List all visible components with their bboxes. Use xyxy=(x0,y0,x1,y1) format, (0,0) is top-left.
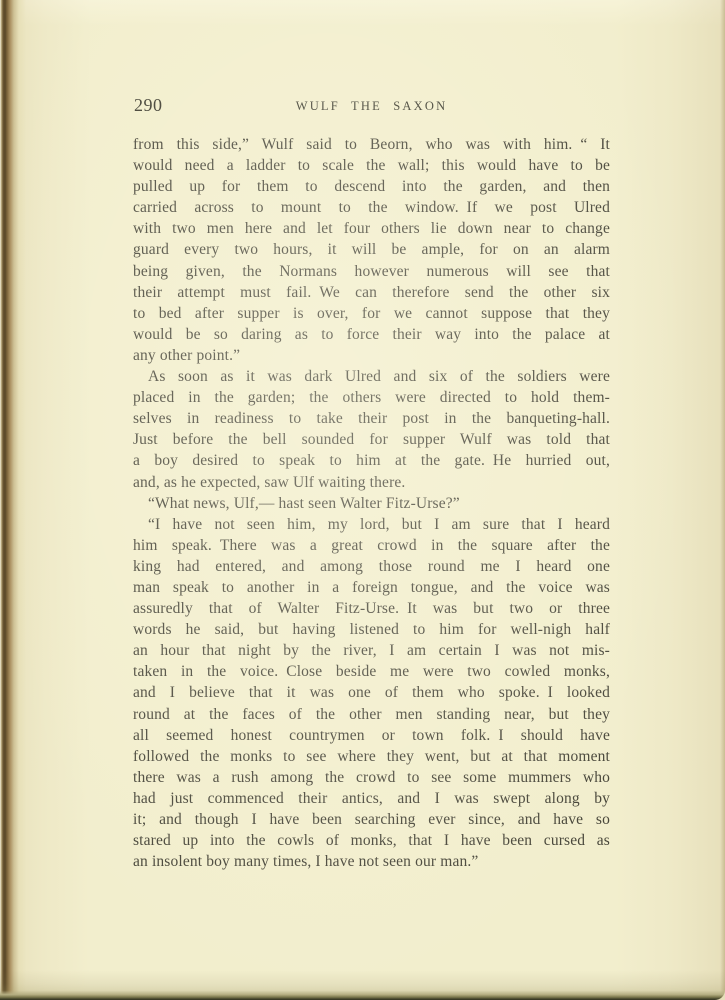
text-line: being given, the Normans however numerou… xyxy=(133,261,610,282)
page-right-edge xyxy=(720,0,725,1000)
text-line: king had entered, and among those round … xyxy=(133,556,610,577)
text-line: would need a ladder to scale the wall; t… xyxy=(133,155,610,176)
text-line: him speak. There was a great crowd in th… xyxy=(133,535,610,556)
text-line: As soon as it was dark Ulred and six of … xyxy=(133,366,610,387)
text-line: any other point.” xyxy=(133,345,610,366)
text-line: all seemed honest countrymen or town fol… xyxy=(133,725,610,746)
text-line: an insolent boy many times, I have not s… xyxy=(133,851,610,872)
text-line: assuredly that of Walter Fitz-Urse. It w… xyxy=(133,598,610,619)
text-line: it; and though I have been searching eve… xyxy=(133,809,610,830)
text-line: an hour that night by the river, I am ce… xyxy=(133,640,610,661)
page-header: 290 WULF THE SAXON xyxy=(133,95,610,115)
text-line: selves in readiness to take their post i… xyxy=(133,408,610,429)
page-number: 290 xyxy=(134,95,163,116)
page-bottom-edge xyxy=(0,970,725,1000)
text-line: a boy desired to speak to him at the gat… xyxy=(133,450,610,471)
text-line: their attempt must fail. We can therefor… xyxy=(133,282,610,303)
text-line: words he said, but having listened to hi… xyxy=(133,619,610,640)
text-line: round at the faces of the other men stan… xyxy=(133,704,610,725)
text-line: there was a rush among the crowd to see … xyxy=(133,767,610,788)
text-line: placed in the garden; the others were di… xyxy=(133,387,610,408)
text-line: had just commenced their antics, and I w… xyxy=(133,788,610,809)
text-line: from this side,” Wulf said to Beorn, who… xyxy=(133,134,610,155)
text-line: man speak to another in a foreign tongue… xyxy=(133,577,610,598)
running-title: WULF THE SAXON xyxy=(296,99,448,114)
text-line: guard every two hours, it will be ample,… xyxy=(133,239,610,260)
text-line: carried across to mount to the window. I… xyxy=(133,197,610,218)
text-line: “What news, Ulf,— hast seen Walter Fitz-… xyxy=(133,493,610,514)
text-line: “I have not seen him, my lord, but I am … xyxy=(133,514,610,535)
text-line: followed the monks to see where they wen… xyxy=(133,746,610,767)
text-line: taken in the voice. Close beside me were… xyxy=(133,661,610,682)
text-line: stared up into the cowls of monks, that … xyxy=(133,830,610,851)
text-line: pulled up for them to descend into the g… xyxy=(133,176,610,197)
page-text: from this side,” Wulf said to Beorn, who… xyxy=(133,134,610,872)
page-content: 290 WULF THE SAXON from this side,” Wulf… xyxy=(133,95,610,872)
text-line: to bed after supper is over, for we cann… xyxy=(133,303,610,324)
text-line: with two men here and let four others li… xyxy=(133,218,610,239)
text-line: and I believe that it was one of them wh… xyxy=(133,682,610,703)
book-page-scan: 290 WULF THE SAXON from this side,” Wulf… xyxy=(0,0,725,1000)
book-binding-edge xyxy=(0,0,26,1000)
text-line: Just before the bell sounded for supper … xyxy=(133,429,610,450)
text-line: would be so daring as to force their way… xyxy=(133,324,610,345)
text-line: and, as he expected, saw Ulf waiting the… xyxy=(133,472,610,493)
